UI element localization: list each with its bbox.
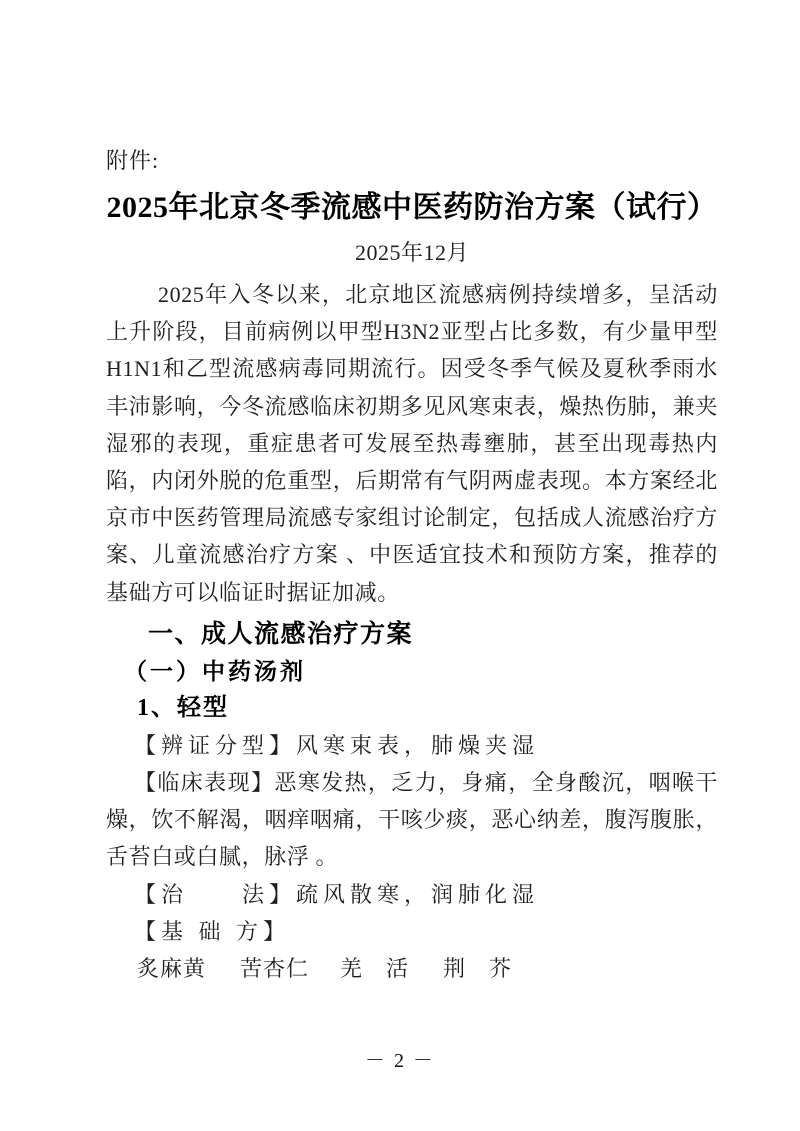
syndrome-differentiation-line: 【辨证分型】风寒束表，肺燥夹湿 <box>134 727 718 764</box>
subsection-heading-mild-type: 1、轻型 <box>137 690 718 727</box>
attachment-label: 附件: <box>106 148 718 174</box>
base-formula-label: 【基 础 方】 <box>134 913 718 950</box>
herb-item: 苦杏仁 <box>240 950 340 987</box>
treatment-method-line: 【治 法】疏风散寒，润肺化湿 <box>134 876 718 913</box>
clinical-manifestation-paragraph: 【临床表现】恶寒发热，乏力，身痛，全身酸沉，咽喉干燥，饮不解渴，咽痒咽痛，干咳少… <box>106 764 718 876</box>
herb-item: 羌 活 <box>340 950 443 987</box>
document-date: 2025年12月 <box>106 239 718 267</box>
section-heading-adult-treatment: 一、成人流感治疗方案 <box>148 616 718 653</box>
document-body: 附件: 2025年北京冬季流感中医药防治方案（试行） 2025年12月 2025… <box>106 0 718 987</box>
document-page: { "page": { "attachment_label": "附件:", "… <box>0 0 800 1131</box>
herb-list-row: 炙麻黄 苦杏仁 羌 活 荆 芥 <box>137 950 718 987</box>
page-number: － 2 － <box>0 1048 800 1074</box>
herb-item: 炙麻黄 <box>137 950 240 987</box>
intro-paragraph: 2025年入冬以来，北京地区流感病例持续增多，呈活动上升阶段，目前病例以甲型H3… <box>106 276 718 611</box>
subsection-heading-decoction: （一）中药汤剂 <box>124 653 718 690</box>
herb-item: 荆 芥 <box>443 950 512 987</box>
document-title: 2025年北京冬季流感中医药防治方案（试行） <box>106 187 718 229</box>
